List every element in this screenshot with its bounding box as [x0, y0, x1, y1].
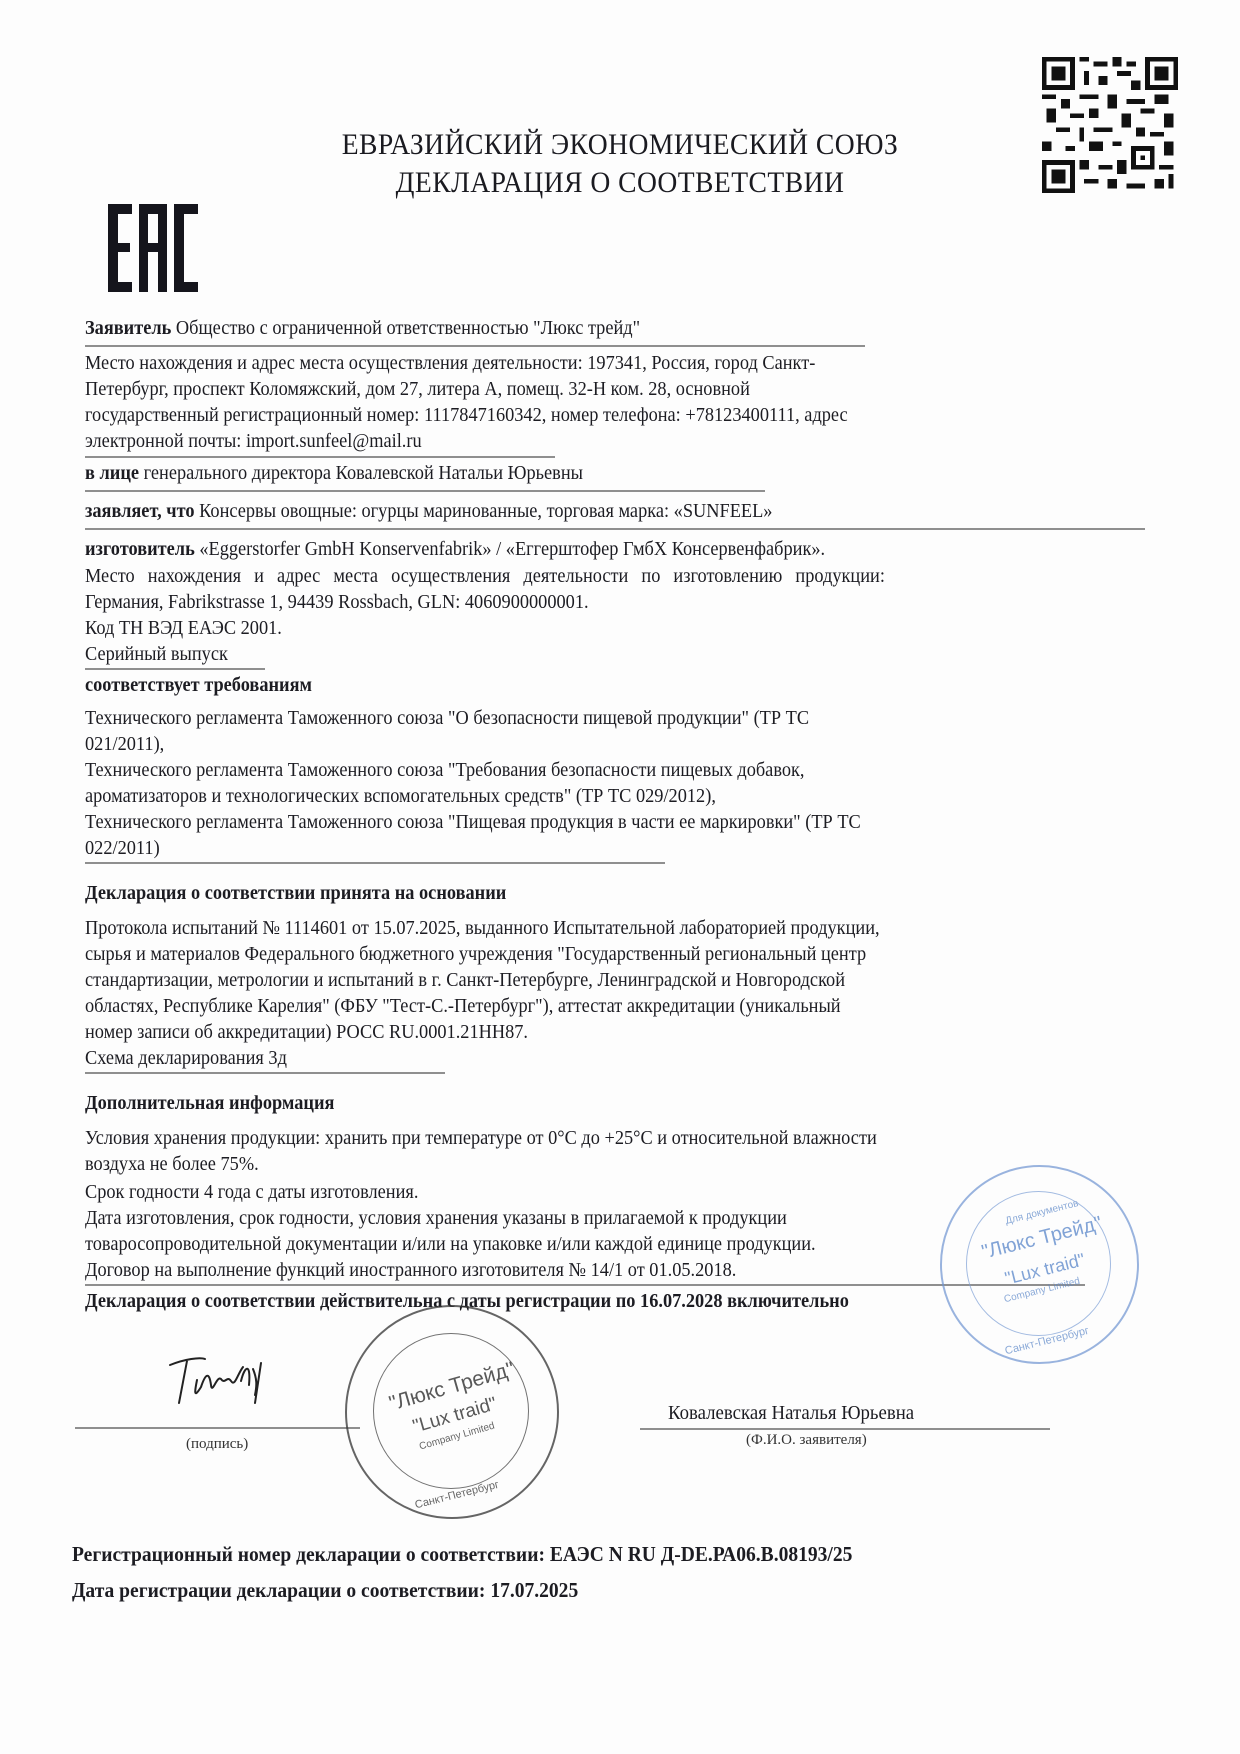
- basis-line: Протокола испытаний № 1114601 от 15.07.2…: [85, 917, 1081, 941]
- applicant-email-line: электронной почты: import.sunfeel@mail.r…: [85, 430, 1081, 454]
- eac-logo-icon: [106, 204, 198, 292]
- tn-ved-code: Код ТН ВЭД ЕАЭС 2001.: [85, 617, 1081, 641]
- signer-name: Ковалевская Наталья Юрьевна: [668, 1402, 914, 1425]
- representative-row: в лице генерального директора Ковалевско…: [85, 462, 1081, 486]
- basis-line: номер записи об аккредитации) РОСС RU.00…: [85, 1021, 1081, 1045]
- basis-line: стандартизации, метрологии и испытаний в…: [85, 969, 1081, 993]
- signer-name-line: [640, 1428, 1050, 1430]
- signer-caption: (Ф.И.О. заявителя): [746, 1432, 867, 1449]
- additional-info-line: Дата изготовления, срок годности, услови…: [85, 1207, 1081, 1231]
- declaration-scheme: Схема декларирования 3д: [85, 1047, 1081, 1071]
- divider: [85, 345, 865, 347]
- requirement-line: ароматизаторов и технологических вспомог…: [85, 785, 1081, 809]
- applicant-address-line: Петербург, проспект Коломяжский, дом 27,…: [85, 378, 1081, 402]
- manufacturer-label: изготовитель: [85, 539, 195, 560]
- qr-code-icon: [1042, 56, 1178, 194]
- representative-name: генерального директора Ковалевской Натал…: [144, 463, 583, 484]
- release-type: Серийный выпуск: [85, 643, 1081, 667]
- divider: [85, 668, 265, 670]
- applicant-label: Заявитель: [85, 318, 171, 339]
- blue-company-stamp: "Люкс Трейд" "Lux traid" Company Limited…: [940, 1165, 1139, 1364]
- divider: [85, 1072, 445, 1074]
- product-description: Консервы овощные: огурцы маринованные, т…: [199, 501, 772, 522]
- additional-info-line: воздуха не более 75%.: [85, 1153, 1081, 1177]
- company-stamp: "Люкс Трейд" "Lux traid" Company Limited…: [345, 1305, 559, 1519]
- contract-line: Договор на выполнение функций иностранно…: [85, 1259, 1081, 1283]
- registration-date-label: Дата регистрации декларации о соответств…: [72, 1578, 485, 1602]
- basis-line: областях, Республике Карелия" (ФБУ "Тест…: [85, 995, 1081, 1019]
- requirements-heading: соответствует требованиям: [85, 674, 1081, 698]
- divider: [85, 456, 555, 458]
- requirement-line: 021/2011),: [85, 733, 1081, 757]
- manufacturer-row: изготовитель «Eggerstorfer GmbH Konserve…: [85, 538, 1081, 562]
- additional-info-line: товаросопроводительной документации и/ил…: [85, 1233, 1081, 1257]
- representative-label: в лице: [85, 463, 139, 484]
- divider: [85, 1284, 1085, 1286]
- registration-number: ЕАЭС N RU Д-DE.РА06.В.08193/25: [550, 1542, 853, 1566]
- applicant-name: Общество с ограниченной ответственностью…: [176, 318, 640, 339]
- applicant-row: Заявитель Общество с ограниченной ответс…: [85, 317, 1081, 341]
- basis-heading: Декларация о соответствии принята на осн…: [85, 882, 1081, 906]
- divider: [85, 490, 765, 492]
- divider: [85, 528, 1145, 530]
- registration-date: 17.07.2025: [490, 1578, 578, 1602]
- signature-icon: [165, 1345, 275, 1410]
- requirement-line: Технического регламента Таможенного союз…: [85, 707, 1081, 731]
- manufacturer-address-line: Германия, Fabrikstrasse 1, 94439 Rossbac…: [85, 591, 1081, 615]
- registration-number-row: Регистрационный номер декларации о соотв…: [72, 1542, 852, 1567]
- validity-statement: Декларация о соответствии действительна …: [85, 1290, 1081, 1314]
- manufacturer-name: «Eggerstorfer GmbH Konservenfabrik» / «Е…: [199, 539, 825, 560]
- registration-date-row: Дата регистрации декларации о соответств…: [72, 1578, 578, 1603]
- requirement-line: 022/2011): [85, 837, 1081, 861]
- declares-row: заявляет, что Консервы овощные: огурцы м…: [85, 500, 1081, 524]
- union-title: ЕВРАЗИЙСКИЙ ЭКОНОМИЧЕСКИЙ СОЮЗ: [50, 128, 1191, 162]
- signature-line: [75, 1427, 360, 1429]
- declares-label: заявляет, что: [85, 501, 195, 522]
- applicant-address-line: государственный регистрационный номер: 1…: [85, 404, 1081, 428]
- divider: [85, 862, 665, 864]
- additional-info-line: Условия хранения продукции: хранить при …: [85, 1127, 1081, 1151]
- basis-line: сырья и материалов Федерального бюджетно…: [85, 943, 1081, 967]
- signature-caption: (подпись): [186, 1436, 248, 1453]
- applicant-address-line: Место нахождения и адрес места осуществл…: [85, 352, 1081, 376]
- document-title: ДЕКЛАРАЦИЯ О СООТВЕТСТВИИ: [50, 166, 1191, 200]
- requirement-line: Технического регламента Таможенного союз…: [85, 811, 1081, 835]
- additional-info-heading: Дополнительная информация: [85, 1092, 1081, 1116]
- registration-number-label: Регистрационный номер декларации о соотв…: [72, 1542, 545, 1566]
- requirement-line: Технического регламента Таможенного союз…: [85, 759, 1081, 783]
- manufacturer-address-line: Место нахождения и адрес места осуществл…: [85, 565, 1081, 589]
- additional-info-line: Срок годности 4 года с даты изготовления…: [85, 1181, 1081, 1205]
